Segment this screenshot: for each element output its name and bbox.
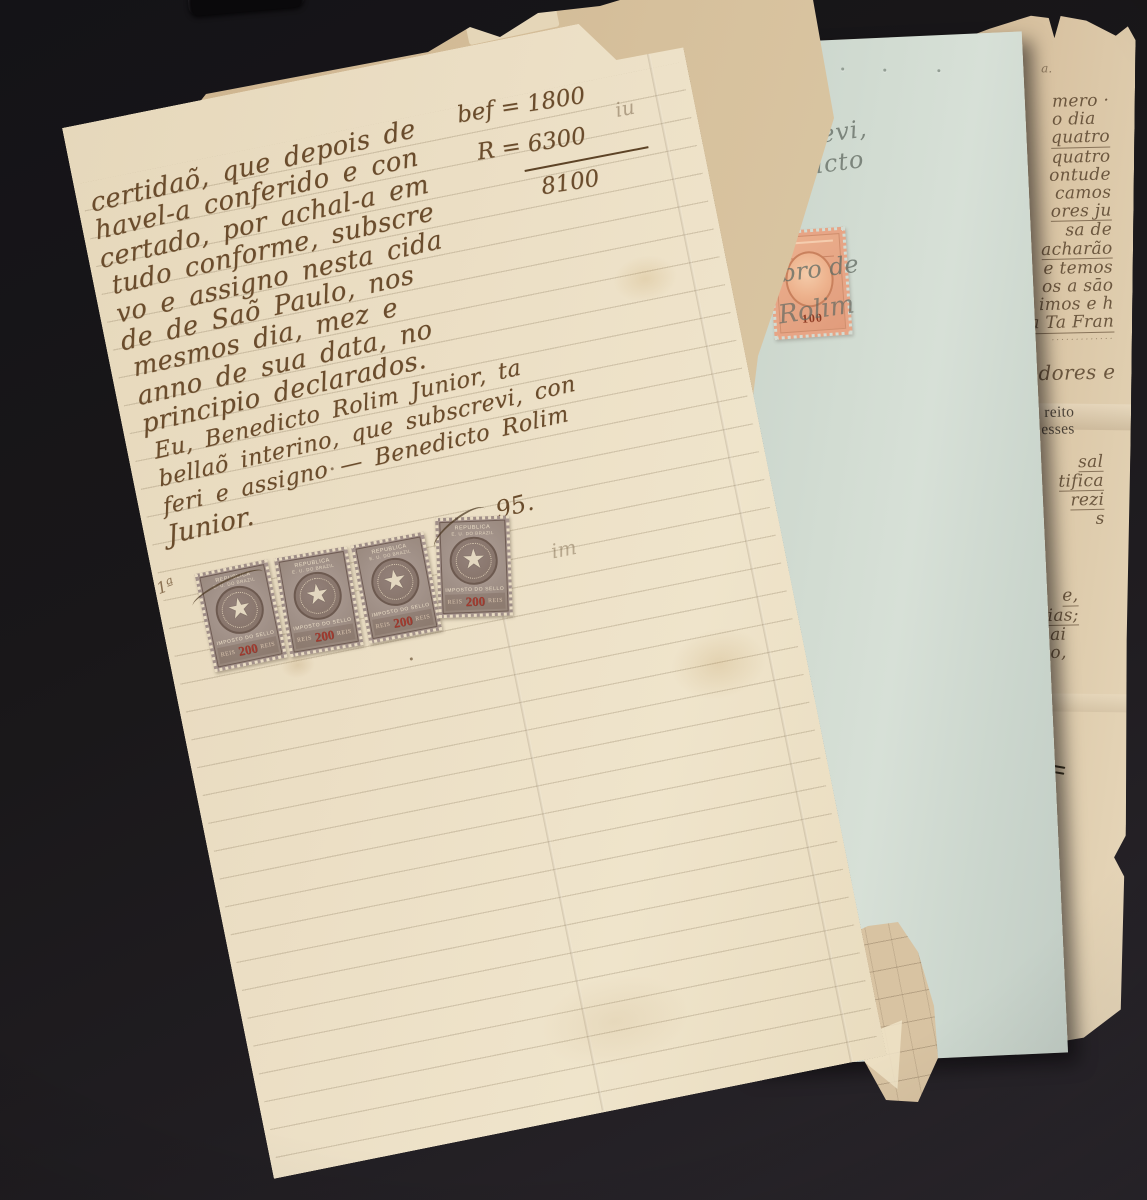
pinhole [841,67,844,70]
star-icon: ★ [303,577,332,612]
photo-backdrop: a. mero · o dia quatro quatro ontude cam… [0,0,1147,1200]
pinhole [937,69,940,72]
ghost-writing: im [549,535,579,564]
revenue-stamp: REPUBLICA E. U. DO BRAZIL ★ IMPOSTO DO S… [274,546,364,657]
stamp-frame: REPUBLICA E. U. DO BRAZIL ★ IMPOSTO DO S… [355,536,437,639]
pencil-mark: a. [1041,61,1052,75]
revenue-stamp: REPUBLICA E. U. DO BRAZIL ★ IMPOSTO DO S… [351,532,442,644]
star-icon: ★ [380,563,410,598]
stamp-circle: ★ [367,554,423,610]
star-icon: ★ [461,544,486,576]
pinhole [883,69,886,72]
stamp-value: REIS200REIS [445,593,506,611]
stamp-circle: ★ [290,568,345,623]
binder-clip [187,0,305,17]
stamp-frame: REPUBLICA E. U. DO BRAZIL ★ IMPOSTO DO S… [279,551,359,653]
